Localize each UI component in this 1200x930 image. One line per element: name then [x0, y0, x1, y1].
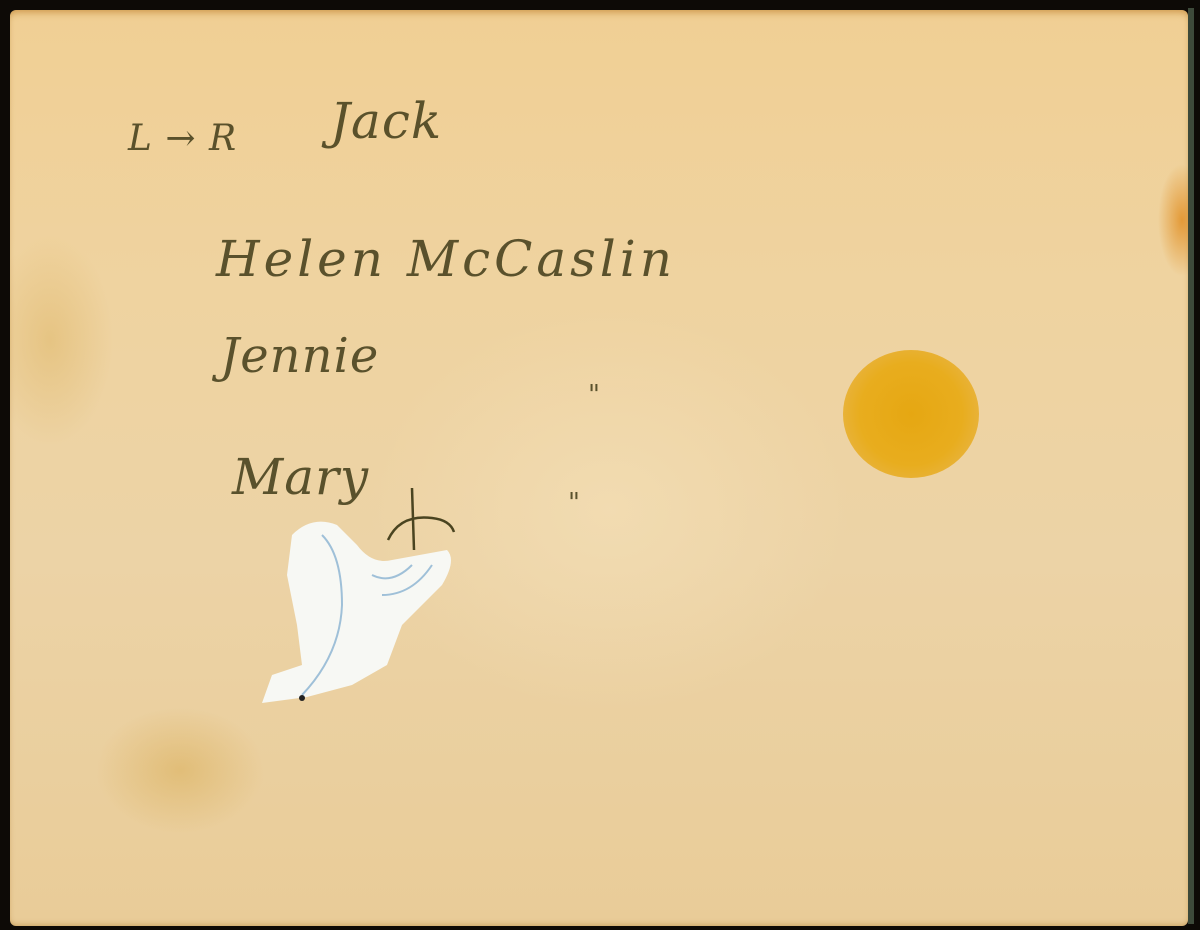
handwriting-name-mary: Mary [232, 448, 369, 506]
handwriting-name-helen: Helen McCaslin [216, 230, 676, 288]
ditto-mark-1: " [588, 380, 601, 410]
handwriting-name-jennie: Jennie [220, 328, 379, 384]
card-edge-shadow [1188, 8, 1194, 924]
handwriting-direction: L → R [128, 118, 237, 159]
handwriting-name-jack: Jack [330, 92, 442, 150]
photo-card-back: L → R Jack Helen McCaslin Jennie " Mary … [10, 10, 1188, 926]
ditto-mark-2: " [568, 488, 581, 518]
whiteout-patch [262, 515, 457, 705]
yellow-stain [843, 350, 979, 478]
